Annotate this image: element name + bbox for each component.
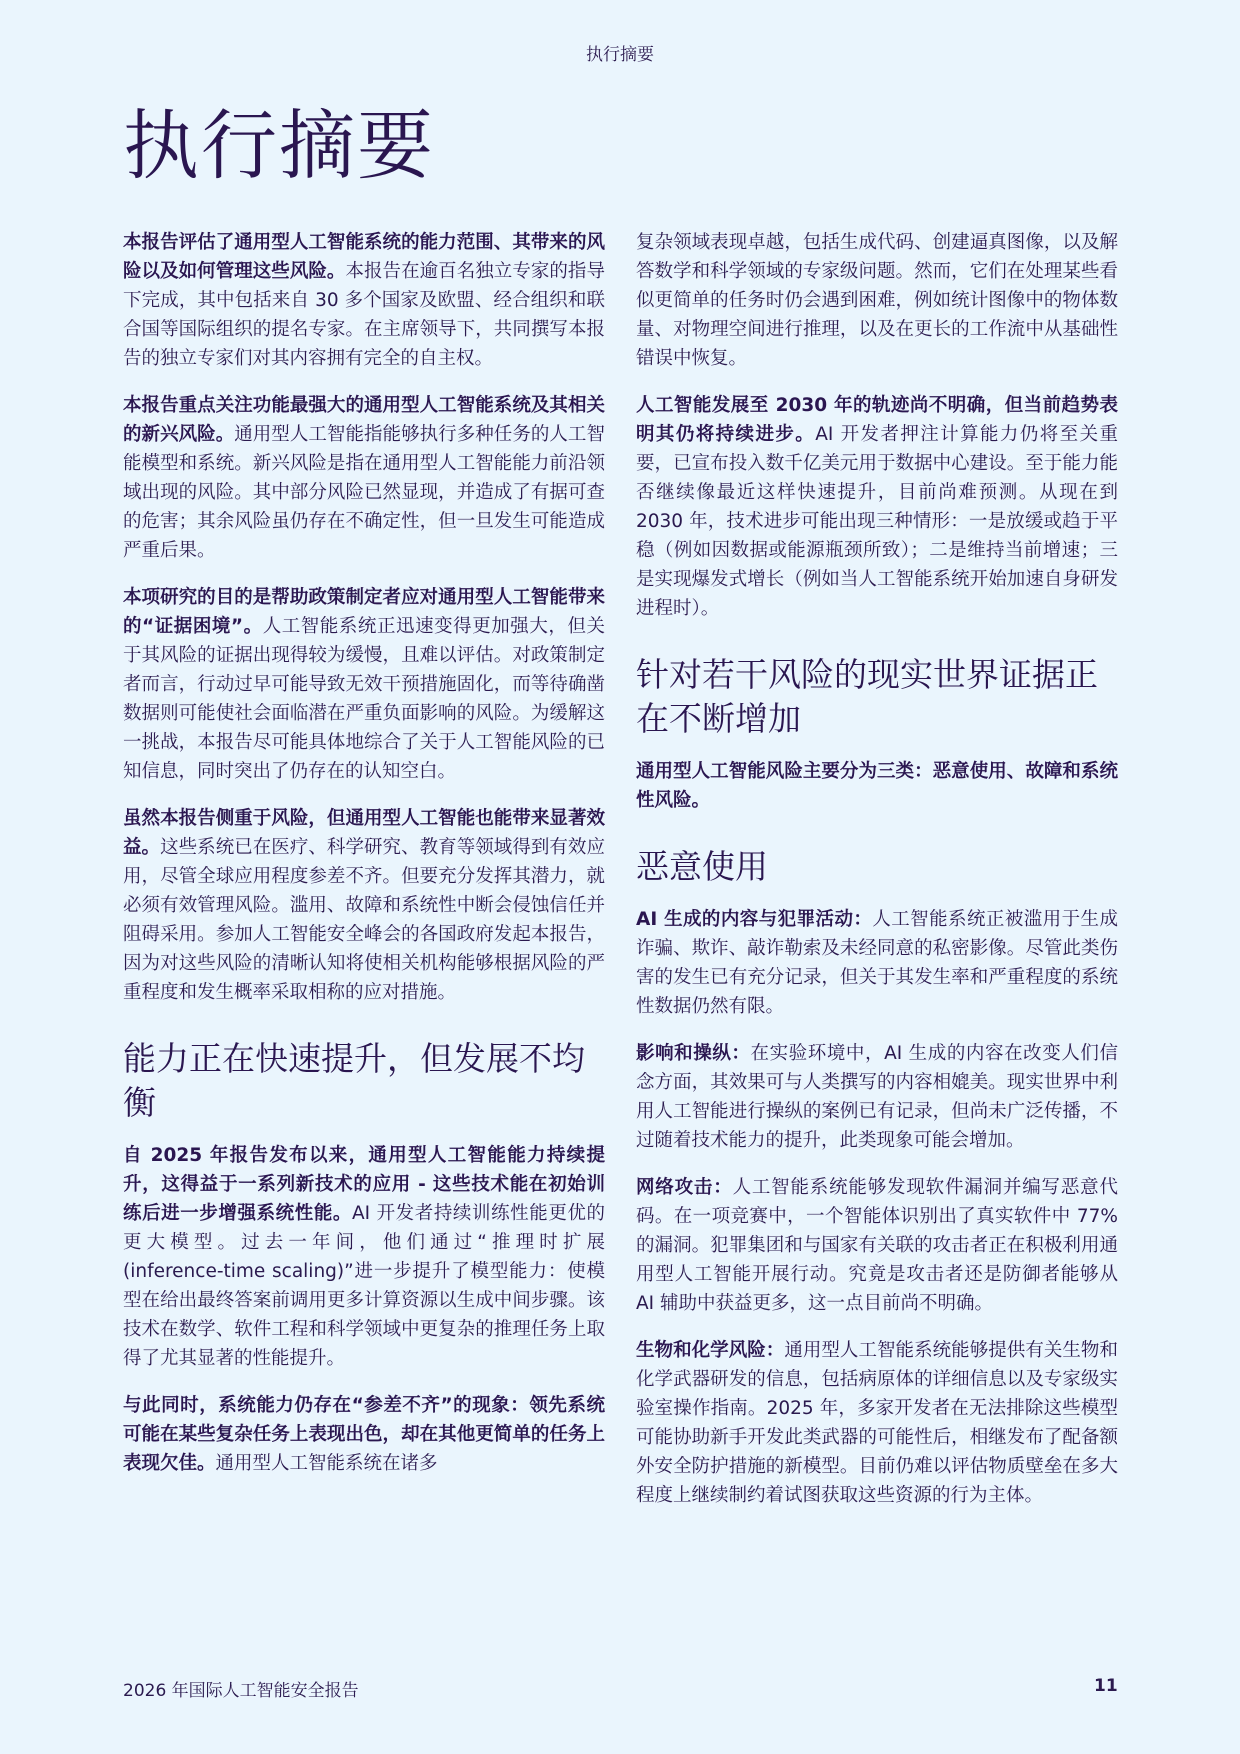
paragraph-cyberattacks: 网络攻击：人工智能系统能够发现软件漏洞并编写恶意代码。在一项竞赛中，一个智能体识… [636, 1173, 1118, 1318]
footer-report-name: 2026 年国际人工智能安全报告 [123, 1676, 359, 1701]
paragraph-body: AI 开发者押注计算能力仍将至关重要，已宣布投入数千亿美元用于数据中心建设。至于… [636, 424, 1118, 619]
paragraph-lead: 影响和操纵： [636, 1043, 751, 1064]
right-column: 复杂领域表现卓越，包括生成代码、创建逼真图像，以及解答数学和科学领域的专家级问题… [636, 228, 1118, 1528]
section-heading-evidence: 针对若干风险的现实世界证据正在不断增加 [636, 653, 1118, 741]
paragraph-trajectory-2030: 人工智能发展至 2030 年的轨迹尚不明确，但当前趋势表明其仍将持续进步。AI … [636, 391, 1118, 623]
paragraph-body: 通用型人工智能系统能够提供有关生物和化学武器研发的信息，包括病原体的详细信息以及… [636, 1340, 1118, 1506]
paragraph-bio-chem-risks: 生物和化学风险：通用型人工智能系统能够提供有关生物和化学武器研发的信息，包括病原… [636, 1336, 1118, 1510]
section-heading-malicious-use: 恶意使用 [636, 845, 1118, 889]
paragraph-benefits: 虽然本报告侧重于风险，但通用型人工智能也能带来显著效益。这些系统已在医疗、科学研… [123, 804, 605, 1007]
paragraph-body: 人工智能系统正迅速变得更加强大，但关于其风险的证据出现得较为缓慢，且难以评估。对… [123, 616, 605, 782]
paragraph-lead: AI 生成的内容与犯罪活动： [636, 909, 872, 930]
paragraph-lead: 生物和化学风险： [636, 1340, 784, 1361]
paragraph-lead: 通用型人工智能风险主要分为三类：恶意使用、故障和系统性风险。 [636, 761, 1118, 811]
paragraph-risk-categories: 通用型人工智能风险主要分为三类：恶意使用、故障和系统性风险。 [636, 757, 1118, 815]
paragraph-lead: 网络攻击： [636, 1177, 733, 1198]
paragraph-body: 通用型人工智能系统在诸多 [216, 1453, 438, 1474]
paragraph-jagged-continued: 复杂领域表现卓越，包括生成代码、创建逼真图像，以及解答数学和科学领域的专家级问题… [636, 228, 1118, 373]
running-header: 执行摘要 [0, 40, 1240, 65]
paragraph-capabilities-growth: 自 2025 年报告发布以来，通用型人工智能能力持续提升，这得益于一系列新技术的… [123, 1141, 605, 1373]
paragraph-influence-manipulation: 影响和操纵：在实验环境中，AI 生成的内容在改变人们信念方面，其效果可与人类撰写… [636, 1039, 1118, 1155]
paragraph-focus: 本报告重点关注功能最强大的通用型人工智能系统及其相关的新兴风险。通用型人工智能指… [123, 391, 605, 565]
paragraph-body: 这些系统已在医疗、科学研究、教育等领域得到有效应用，尽管全球应用程度参差不齐。但… [123, 837, 605, 1003]
paragraph-ai-content-crime: AI 生成的内容与犯罪活动：人工智能系统正被滥用于生成诈骗、欺诈、敲诈勒索及未经… [636, 905, 1118, 1021]
page-number: 11 [1094, 1676, 1118, 1696]
paragraph-evidence-dilemma: 本项研究的目的是帮助政策制定者应对通用型人工智能带来的“证据困境”。人工智能系统… [123, 583, 605, 786]
left-column: 本报告评估了通用型人工智能系统的能力范围、其带来的风险以及如何管理这些风险。本报… [123, 228, 605, 1496]
paragraph-scope: 本报告评估了通用型人工智能系统的能力范围、其带来的风险以及如何管理这些风险。本报… [123, 228, 605, 373]
paragraph-jagged: 与此同时，系统能力仍存在“参差不齐”的现象：领先系统可能在某些复杂任务上表现出色… [123, 1391, 605, 1478]
section-heading-capabilities: 能力正在快速提升，但发展不均衡 [123, 1037, 605, 1125]
page-title: 执行摘要 [123, 100, 435, 191]
paragraph-body: AI 开发者持续训练性能更优的更大模型。过去一年间，他们通过“推理时扩展 (in… [123, 1203, 605, 1369]
